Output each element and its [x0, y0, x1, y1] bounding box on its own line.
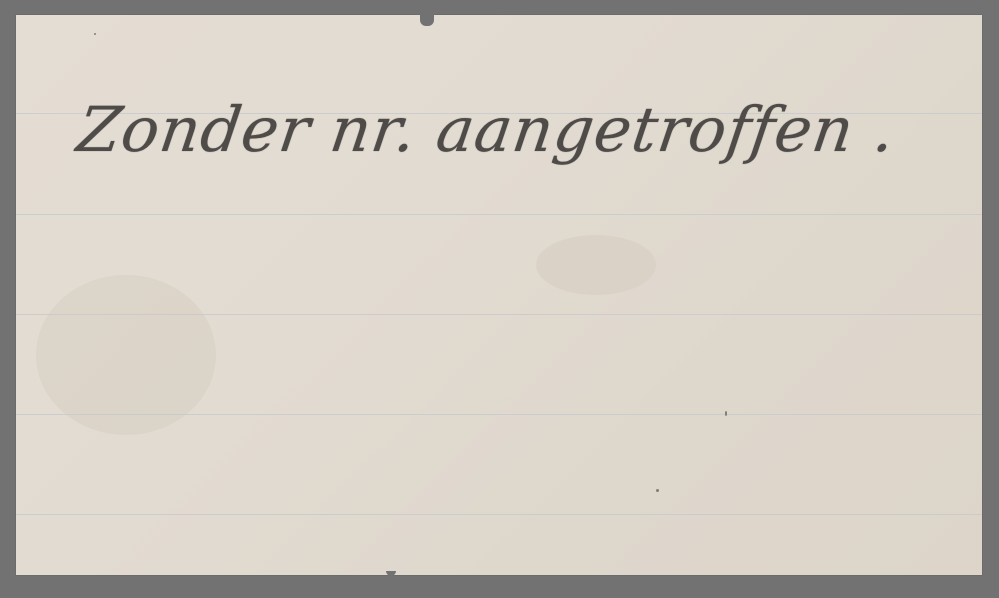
ink-speck — [725, 411, 727, 416]
paper-tear-notch-bottom — [386, 571, 396, 576]
ruled-line-3 — [16, 314, 982, 315]
ruled-line-5 — [16, 514, 982, 515]
paper-tear-notch — [420, 14, 434, 26]
ruled-line-2 — [16, 214, 982, 215]
ink-speck — [94, 33, 96, 35]
paper-stain — [36, 275, 216, 435]
paper-sheet: Zonder nr. aangetroffen . — [16, 15, 982, 575]
handwritten-text: Zonder nr. aangetroffen . — [73, 93, 901, 166]
paper-stain — [536, 235, 656, 295]
ink-speck — [656, 489, 659, 492]
ruled-line-4 — [16, 414, 982, 415]
